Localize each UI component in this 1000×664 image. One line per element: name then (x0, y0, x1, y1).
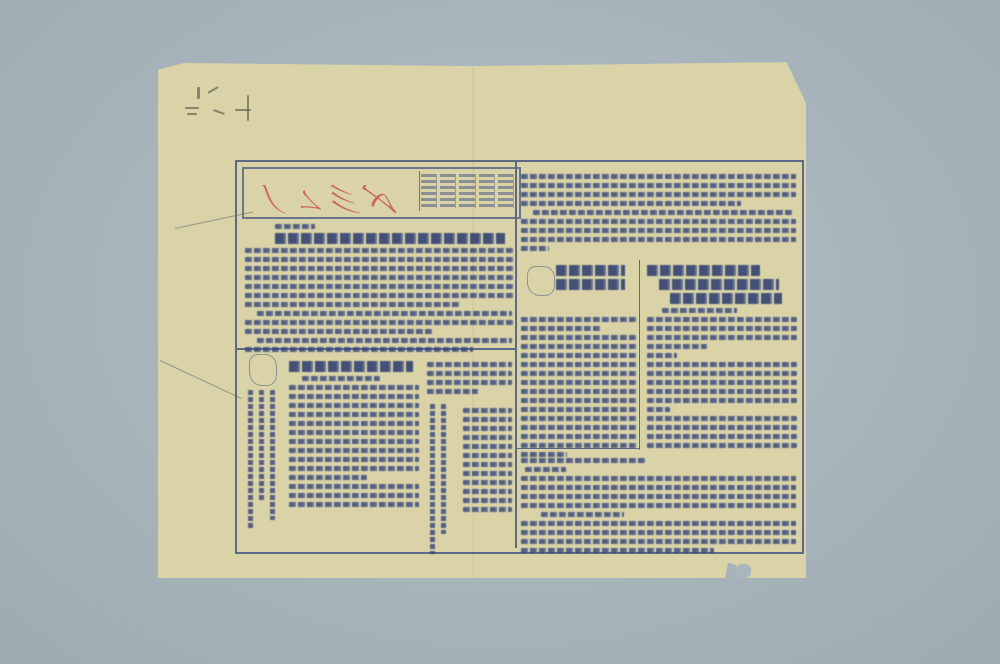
illustration (527, 266, 555, 296)
column-divider (515, 162, 517, 548)
article-far-right (647, 262, 797, 452)
handwritten-note (183, 85, 263, 125)
masthead-title: 〆彡ㄥ丿 (251, 175, 401, 221)
article-bottom-center (427, 358, 512, 554)
column-divider (639, 260, 640, 450)
article-top-right (521, 170, 796, 255)
article-headline (647, 265, 760, 276)
newspaper-frame: 〆彡ㄥ丿 (235, 160, 804, 554)
vertical-title (245, 354, 285, 534)
article-top-left (245, 220, 513, 356)
article-headline (275, 233, 505, 244)
masthead: 〆彡ㄥ丿 (242, 167, 521, 219)
masthead-info-grid (419, 171, 515, 211)
article-bottom-left (289, 358, 419, 511)
article-bottom-right (521, 454, 796, 557)
paper-tear (736, 564, 751, 578)
article-headline (556, 265, 625, 276)
